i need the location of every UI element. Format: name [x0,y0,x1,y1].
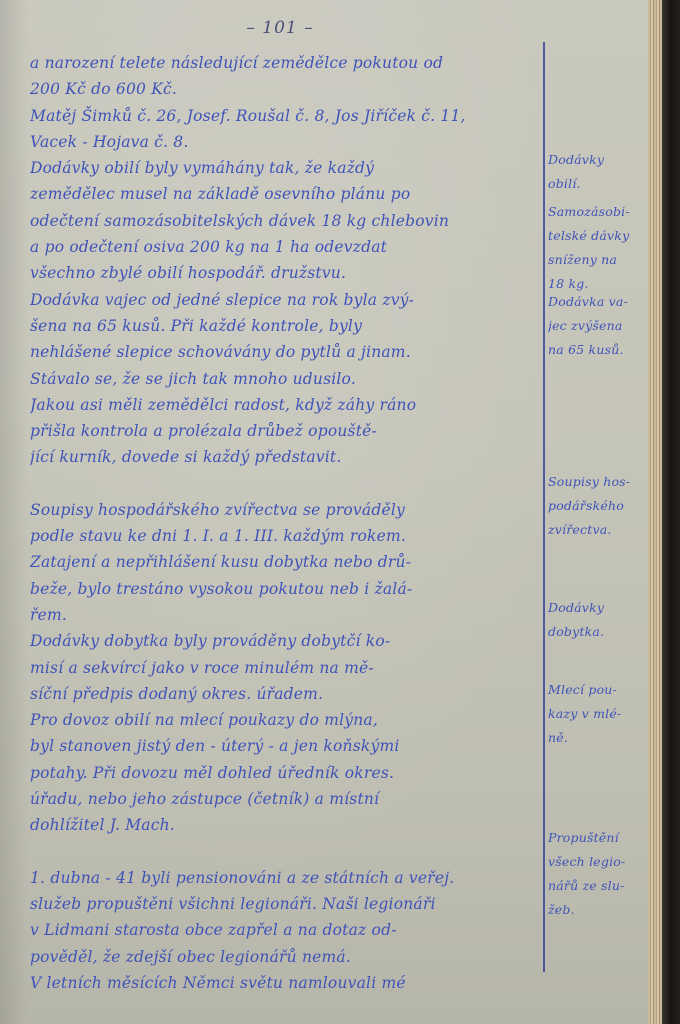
margin-note-line: zvířectva. [548,518,648,542]
margin-note-egg-deliveries: Dodávka va-jec zvýšenana 65 kusů. [548,290,648,362]
text-line: Zatajení a nepřihlášení kusu dobytka neb… [30,549,538,575]
margin-note-line: podářského [548,494,648,518]
text-line: podle stavu ke dni 1. I. a 1. III. každý… [30,523,538,549]
margin-note-line: Mlecí pou- [548,678,648,702]
margin-note-line: na 65 kusů. [548,338,648,362]
margin-note-line: Dodávky [548,596,648,620]
text-line: řem. [30,602,538,628]
margin-note-line: jec zvýšena [548,314,648,338]
text-line: šena na 65 kusů. Při každé kontrole, byl… [30,313,538,339]
margin-note-livestock-census: Soupisy hos-podářskéhozvířectva. [548,470,648,542]
paragraph-gap [30,471,538,497]
margin-note-cattle-deliveries: Dodávkydobytka. [548,596,648,644]
text-line: služeb propuštěni všichni legionáři. Naš… [30,891,538,917]
paragraph-gap [30,839,538,865]
paragraph-legionnaires: 1. dubna - 41 byli pensionováni a ze stá… [30,865,538,996]
paragraph-cattle-deliveries: Dodávky dobytka byly prováděny dobytčí k… [30,628,538,707]
text-line: Soupisy hospodářského zvířectva se prová… [30,497,538,523]
text-line: beže, bylo trestáno vysokou pokutou neb … [30,576,538,602]
text-line: nehlášené slepice schovávány do pytlů a … [30,339,538,365]
text-line: misí a sekvírcí jako v roce minulém na m… [30,655,538,681]
page-edges [648,0,662,1024]
margin-note-line: Dodávka va- [548,290,648,314]
book-cover [662,0,680,1024]
margin-note-line: Samozásobi- [548,200,648,224]
margin-note-line: všech legio- [548,850,648,874]
text-line: zemědělec musel na základě osevního plán… [30,181,538,207]
margin-note-line: Propuštění [548,826,648,850]
margin-note-self-supply: Samozásobi-telské dávkysníženy na18 kg. [548,200,648,296]
text-line: Jakou asi měli zemědělci radost, když zá… [30,392,538,418]
margin-note-line: ně. [548,726,648,750]
margin-note-line: žeb. [548,898,648,922]
margin-note-line: dobytka. [548,620,648,644]
margin-note-line: obilí. [548,172,648,196]
margin-note-line: nářů ze slu- [548,874,648,898]
text-line: potahy. Při dovozu měl dohled úředník ok… [30,760,538,786]
text-line: Vacek - Hojava č. 8. [30,129,538,155]
text-line: Matěj Šimků č. 26, Josef. Roušal č. 8, J… [30,103,538,129]
text-line: V letních měsících Němci světu namlouval… [30,970,538,996]
text-line: Dodávka vajec od jedné slepice na rok by… [30,287,538,313]
paragraph-fines: a narození telete následující zemědělce … [30,50,538,155]
margin-note-line: Dodávky [548,148,648,172]
text-line: jící kurník, dovede si každý představit. [30,444,538,470]
margin-note-mill-vouchers: Mlecí pou-kazy v mlé-ně. [548,678,648,750]
margin-note-legionnaires: Propuštěnívšech legio-nářů ze slu-žeb. [548,826,648,922]
page-number: – 101 – [0,18,560,38]
text-line: všechno zbylé obilí hospodář. družstvu. [30,260,538,286]
paragraph-grain-deliveries: Dodávky obilí byly vymáhány tak, že každ… [30,155,538,286]
text-line: Dodávky dobytka byly prováděny dobytčí k… [30,628,538,654]
margin-note-line: telské dávky [548,224,648,248]
text-line: dohlížitel J. Mach. [30,812,538,838]
paragraph-egg-deliveries: Dodávka vajec od jedné slepice na rok by… [30,287,538,471]
text-line: 1. dubna - 41 byli pensionováni a ze stá… [30,865,538,891]
text-line: odečtení samozásobitelských dávek 18 kg … [30,208,538,234]
text-line: pověděl, že zdejší obec legionářů nemá. [30,944,538,970]
text-line: Dodávky obilí byly vymáhány tak, že každ… [30,155,538,181]
text-line: Stávalo se, že se jich tak mnoho udusilo… [30,366,538,392]
text-line: Pro dovoz obilí na mlecí poukazy do mlýn… [30,707,538,733]
margin-note-line: kazy v mlé- [548,702,648,726]
main-text-column: a narození telete následující zemědělce … [30,50,538,996]
text-line: 200 Kč do 600 Kč. [30,76,538,102]
text-line: v Lidmani starosta obce zapřel a na dota… [30,917,538,943]
margin-note-line: Soupisy hos- [548,470,648,494]
text-line: a po odečtení osiva 200 kg na 1 ha odevz… [30,234,538,260]
book-photo: – 101 – a narození telete následující ze… [0,0,680,1024]
paragraph-mill-vouchers: Pro dovoz obilí na mlecí poukazy do mlýn… [30,707,538,838]
chronicle-page: – 101 – a narození telete následující ze… [0,0,648,1024]
margin-note-line: sníženy na [548,248,648,272]
text-line: a narození telete následující zemědělce … [30,50,538,76]
text-line: úřadu, nebo jeho zástupce (četník) a mís… [30,786,538,812]
text-line: byl stanoven jistý den - úterý - a jen k… [30,733,538,759]
paragraph-livestock-census: Soupisy hospodářského zvířectva se prová… [30,497,538,628]
margin-ruled-line [543,42,545,972]
text-line: síční předpis dodaný okres. úřadem. [30,681,538,707]
margin-note-grain-deliveries: Dodávkyobilí. [548,148,648,196]
text-line: přišla kontrola a prolézala drůbež opouš… [30,418,538,444]
